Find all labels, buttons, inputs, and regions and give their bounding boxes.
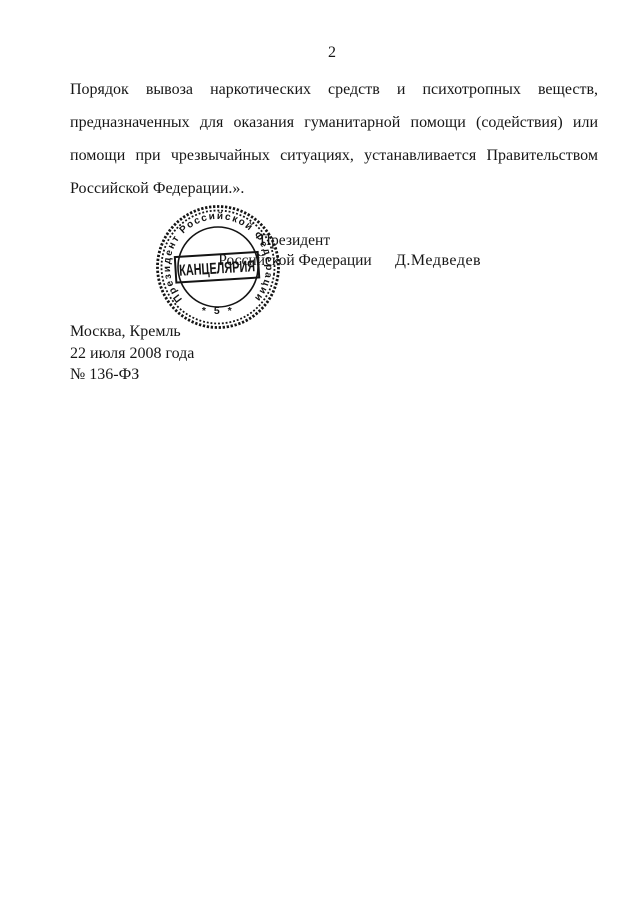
stamp-center-text: КАНЦЕЛЯРИЯ	[179, 258, 256, 280]
stamp-center-box: КАНЦЕЛЯРИЯ	[175, 252, 259, 283]
official-round-stamp: Президент Российской Федерации * 5 * КАН…	[153, 202, 283, 332]
footer-doc-number: № 136-ФЗ	[70, 364, 194, 386]
stamp-bottom-text: * 5 *	[202, 305, 234, 317]
footer-date: 22 июля 2008 года	[70, 343, 194, 365]
paragraph-line: помощи при чрезвычайных ситуациях, устан…	[70, 139, 598, 172]
page-number: 2	[12, 44, 640, 62]
paragraph-line: Российской Федерации.».	[70, 172, 598, 205]
signature-name: Д.Медведев	[395, 251, 481, 271]
paragraph: Порядок вывоза наркотических средств и п…	[70, 73, 598, 205]
paragraph-line: предназначенных для оказания гуманитарно…	[70, 106, 598, 139]
paragraph-line: Порядок вывоза наркотических средств и п…	[70, 73, 598, 106]
document-page: 2 Порядок вывоза наркотических средств и…	[0, 0, 640, 900]
